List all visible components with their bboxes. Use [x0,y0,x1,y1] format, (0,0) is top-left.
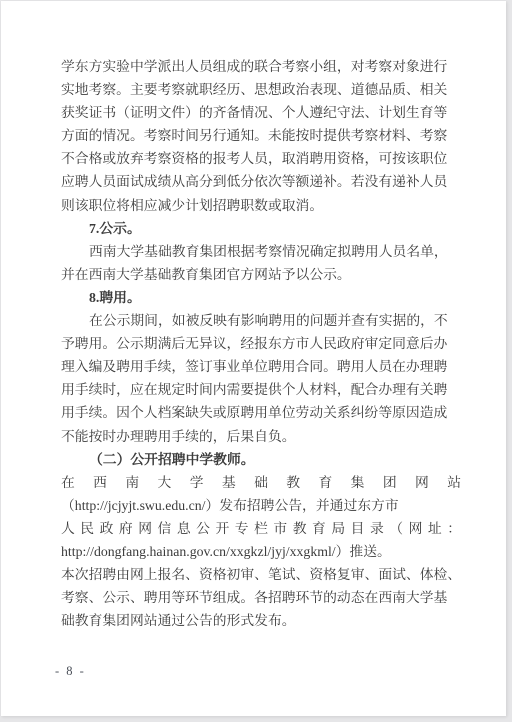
section-heading-2-recruit-teachers: （二）公开招聘中学教师。 [61,448,461,471]
section-heading-7-publicity: 7.公示。 [61,217,461,240]
document-line: 理入编及聘用手续，签订事业单位聘用合同。聘用人员在办理聘 [61,355,461,378]
document-line: 则该职位将相应减少计划招聘职数或取消。 [61,194,461,217]
document-line: 并在西南大学基础教育集团官方网站予以公示。 [61,263,461,286]
document-body: 学东方实验中学派出人员组成的联合考察小组，对考察对象进行 实地考察。主要考察就职… [61,55,461,632]
document-line: 用手续。因个人档案缺失或原聘用单位劳动关系纠纷等原因造成 [61,401,461,424]
document-line: 在公示期间，如被反映有影响聘用的问题并查有实据的，不 [61,309,461,332]
document-line: 不能按时办理聘用手续的，后果自负。 [61,425,461,448]
document-line: 人民政府网信息公开专栏市教育局目录（网址： [61,517,461,540]
document-line: 应聘人员面试成绩从高分到低分依次等额递补。若没有递补人员 [61,170,461,193]
document-page: 学东方实验中学派出人员组成的联合考察小组，对考察对象进行 实地考察。主要考察就职… [1,1,506,716]
document-line: 用手续时，应在规定时间内需要提供个人材料，配合办理有关聘 [61,378,461,401]
document-line: 西南大学基础教育集团根据考察情况确定拟聘用人员名单， [61,240,461,263]
document-line: 本次招聘由网上报名、资格初审、笔试、资格复审、面试、体检、 [61,563,461,586]
document-line: 实地考察。主要考察就职经历、思想政治表现、道德品质、相关 [61,78,461,101]
document-line: 在西南大学基础教育集团网站 [61,471,461,494]
document-line-url: http://dongfang.hainan.gov.cn/xxgkzl/jyj… [61,540,461,563]
document-line-url: （http://jcjyjt.swu.edu.cn/）发布招聘公告，并通过东方市 [61,494,461,517]
document-line: 学东方实验中学派出人员组成的联合考察小组，对考察对象进行 [61,55,461,78]
page-number: - 8 - [55,663,86,679]
document-line: 获奖证书（证明文件）的齐备情况、个人遵纪守法、计划生育等 [61,101,461,124]
document-line: 方面的情况。考察时间另行通知。未能按时提供考察材料、考察 [61,124,461,147]
document-line: 础教育集团网站通过公告的形式发布。 [61,609,461,632]
section-heading-8-employment: 8.聘用。 [61,286,461,309]
document-line: 不合格或放弃考察资格的报考人员，取消聘用资格，可按该职位 [61,147,461,170]
document-line: 考察、公示、聘用等环节组成。各招聘环节的动态在西南大学基 [61,586,461,609]
document-line: 予聘用。公示期满后无异议，经报东方市人民政府审定同意后办 [61,332,461,355]
